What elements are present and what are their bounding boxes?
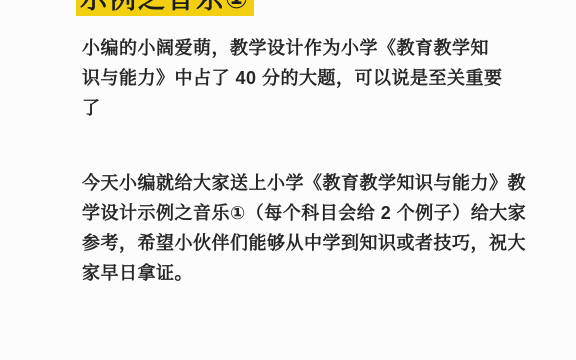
text-line: 小编的小阔爱萌，教学设计作为小学《教育教学知 <box>82 33 552 63</box>
text-line: 了 <box>82 93 552 123</box>
text-line: 家早日拿证。 <box>82 258 552 288</box>
page-title: 示例之音乐① <box>76 0 254 16</box>
text-line: 今天小编就给大家送上小学《教育教学知识与能力》教 <box>82 168 552 198</box>
paragraph-intro: 小编的小阔爱萌，教学设计作为小学《教育教学知 识与能力》中占了 40 分的大题，… <box>82 33 552 123</box>
text-line: 学设计示例之音乐①（每个科目会给 2 个例子）给大家 <box>82 198 552 228</box>
text-line: 识与能力》中占了 40 分的大题，可以说是至关重要 <box>82 63 552 93</box>
article-title-row: 示例之音乐① <box>76 0 254 16</box>
paragraph-body: 今天小编就给大家送上小学《教育教学知识与能力》教 学设计示例之音乐①（每个科目会… <box>82 168 552 288</box>
text-line: 参考，希望小伙伴们能够从中学到知识或者技巧，祝大 <box>82 228 552 258</box>
article-page: 示例之音乐① 小编的小阔爱萌，教学设计作为小学《教育教学知 识与能力》中占了 4… <box>0 0 576 360</box>
